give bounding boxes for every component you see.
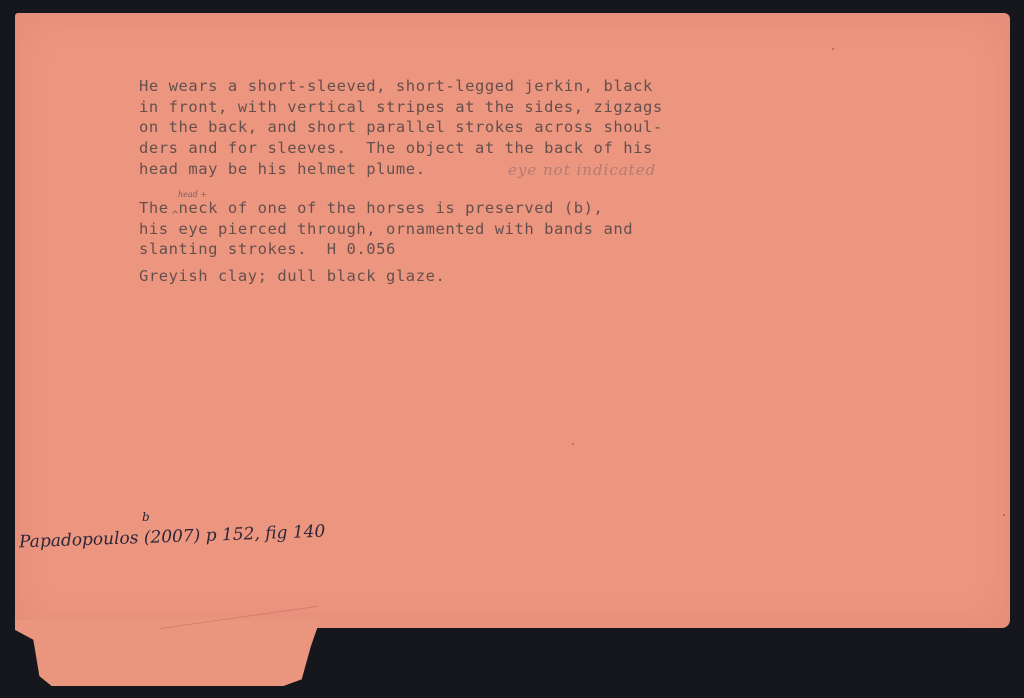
pencil-annotation: eye not indicated [508,161,656,179]
horse-fragment-paragraph: The neck of one of the horses is preserv… [139,198,633,260]
index-card-tab [15,620,320,686]
paper-speck [572,443,574,445]
paper-speck [1003,514,1005,516]
fabric-paragraph: Greyish clay; dull black glaze. [139,266,445,287]
scanned-index-card: He wears a short-sleeved, short-legged j… [0,0,1024,698]
paper-speck [832,48,834,50]
citation-superscript: b [142,510,150,524]
